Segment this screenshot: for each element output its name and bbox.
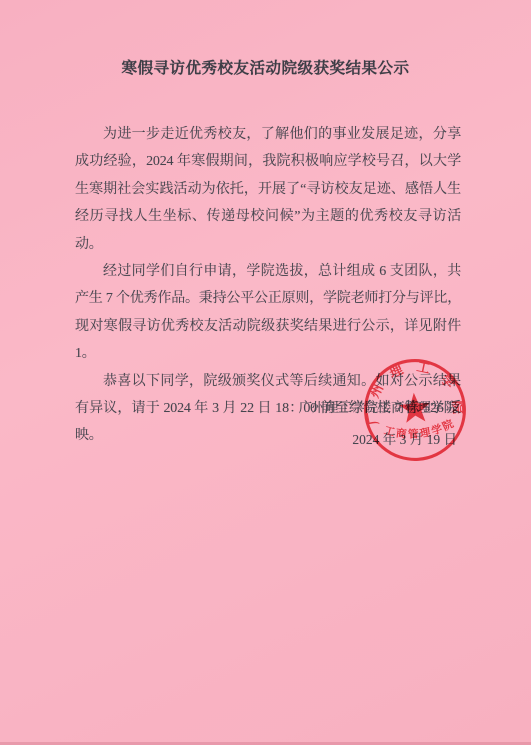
issuer-name: 广州理工学院工商管理学院 (299, 398, 457, 418)
paragraph-selection-result: 经过同学们自行申请，学院选拔，总计组成 6 支团队，共产生 7 个优秀作品。秉持… (75, 258, 461, 368)
issue-date: 2024 年 3 月 19 日 (299, 430, 457, 450)
scanned-notice-page: 寒假寻访优秀校友活动院级获奖结果公示 为进一步走近优秀校友，了解他们的事业发展足… (0, 0, 531, 745)
paragraph-intro: 为进一步走近优秀校友，了解他们的事业发展足迹，分享成功经验，2024 年寒假期间… (75, 121, 461, 258)
signature-block: 广州理工学院工商管理学院 2024 年 3 月 19 日 (299, 398, 457, 450)
notice-title: 寒假寻访优秀校友活动院级获奖结果公示 (0, 56, 531, 78)
